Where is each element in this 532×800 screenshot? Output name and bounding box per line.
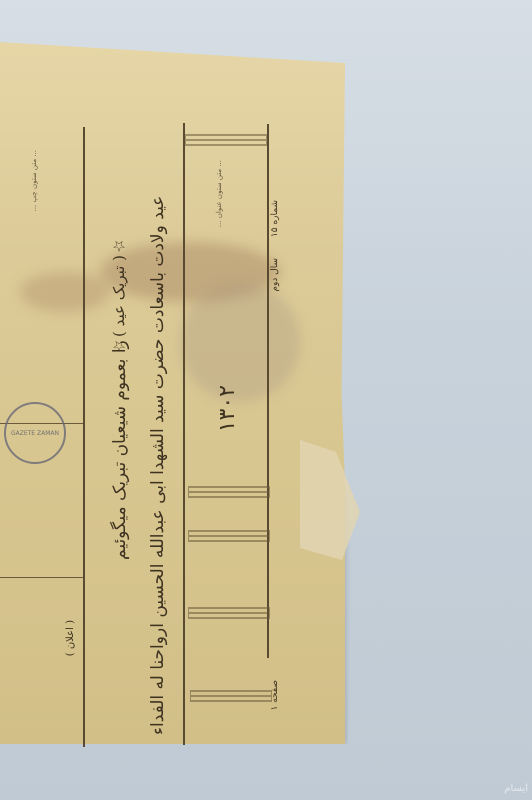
stamp-text: GAZETE ZAMAN: [11, 430, 59, 437]
ornament-band: [190, 690, 272, 702]
issue-label: شماره ۱۵: [270, 200, 280, 237]
postal-stamp: GAZETE ZAMAN: [4, 402, 66, 464]
divider: [0, 577, 83, 578]
ornament-band: [188, 486, 270, 498]
watermark: ایسام: [504, 783, 528, 794]
left-column-text: ... متن ستون چپ ...: [30, 150, 38, 211]
ornament-band: [185, 134, 267, 146]
water-stain: [20, 272, 110, 312]
page-label: صفحه ۱: [270, 680, 280, 711]
headline-bracket: ☆( تبریک عید )☆: [110, 235, 128, 355]
ornament-band: [188, 530, 270, 542]
ornament-band: [188, 607, 270, 619]
section-heading: ( اعلان ): [65, 620, 76, 656]
year-label: سال دوم: [270, 258, 280, 292]
water-stain: [180, 282, 300, 402]
headline-line-1: عید ولادت باسعادت حضرت سید الشهدا ابی عب…: [148, 175, 168, 735]
date-fragment: ۱۳۰۲: [215, 385, 240, 432]
masthead-column-text: ... متن ستون عنوان ...: [215, 160, 223, 227]
column-rule: [183, 123, 185, 745]
column-rule: [267, 124, 269, 658]
headline-line-2: را بعموم شیعیان تبریک میگوئیم: [110, 320, 130, 560]
newspaper-page: [0, 42, 345, 744]
column-rule: [83, 127, 85, 747]
